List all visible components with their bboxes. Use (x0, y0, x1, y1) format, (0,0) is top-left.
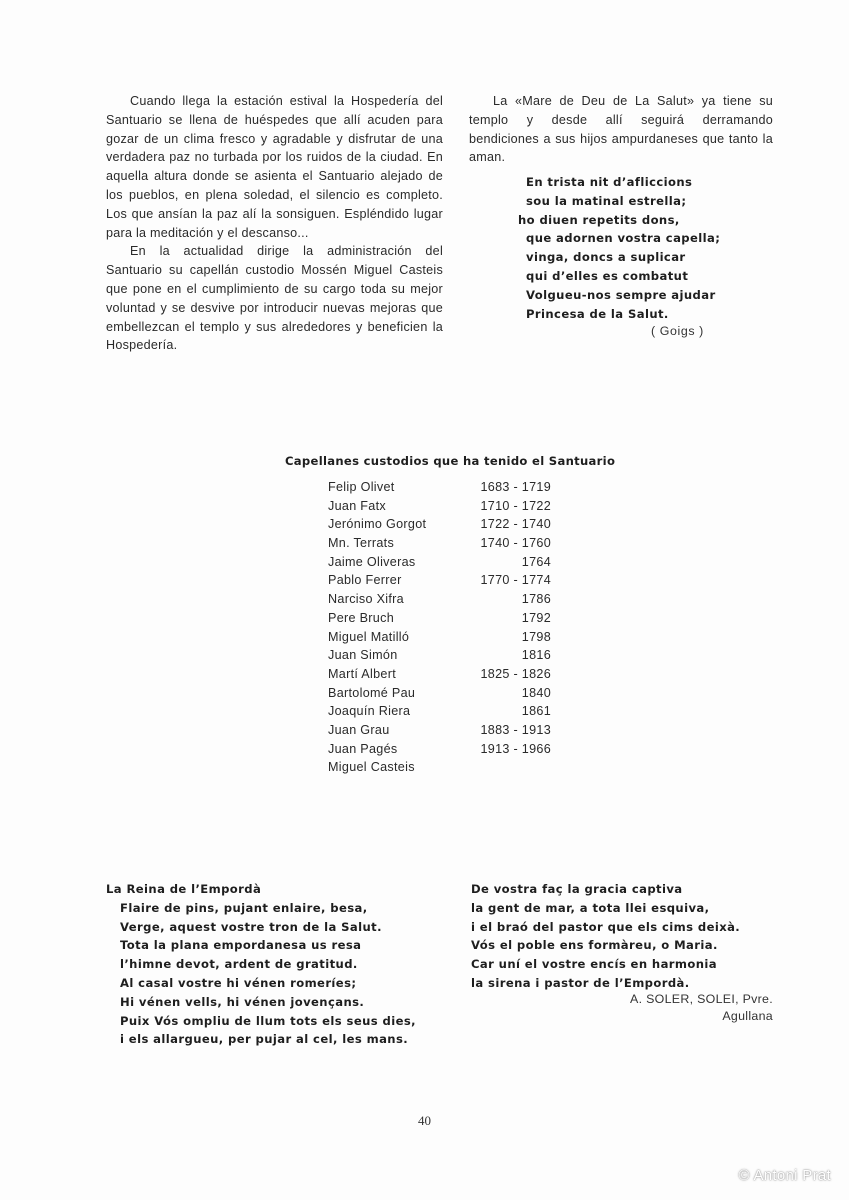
chaplain-name: Juan Grau (328, 721, 390, 740)
table-row: Bartolomé Pau1840 (328, 684, 551, 703)
poem-line: Verge, aquest vostre tron de la Salut. (106, 918, 416, 937)
poem-line: Al casal vostre hi vénen romeríes; (106, 974, 416, 993)
chaplains-table-title: Capellanes custodios que ha tenido el Sa… (285, 454, 615, 468)
chaplain-years: 1913 - 1966 (480, 740, 551, 759)
chaplain-years: 1816 (522, 646, 551, 665)
table-row: Juan Simón1816 (328, 646, 551, 665)
poem-line: Vós el poble ens formàreu, o Maria. (471, 936, 740, 955)
poem-line: la gent de mar, a tota llei esquiva, (471, 899, 740, 918)
bottom-poem-right: De vostra faç la gracia captivala gent d… (471, 880, 740, 993)
poem-title: La Reina de l’Empordà (106, 880, 416, 899)
poem-line: qui d’elles es combatut (518, 267, 720, 286)
chaplain-name: Juan Fatx (328, 497, 386, 516)
chaplain-name: Juan Simón (328, 646, 398, 665)
poem-line: Puix Vós ompliu de llum tots els seus di… (106, 1012, 416, 1031)
poem-line: i el braó del pastor que els cims deixà. (471, 918, 740, 937)
poem-attribution: ( Goigs ) (651, 324, 704, 338)
table-row: Felip Olivet1683 - 1719 (328, 478, 551, 497)
chaplain-name: Jerónimo Gorgot (328, 515, 426, 534)
poem-line: Flaire de pins, pujant enlaire, besa, (106, 899, 416, 918)
table-row: Miguel Casteis (328, 758, 551, 777)
chaplain-years: 1740 - 1760 (480, 534, 551, 553)
chaplain-years: 1770 - 1774 (480, 571, 551, 590)
chaplain-years: 1710 - 1722 (480, 497, 551, 516)
poem-line: sou la matinal estrella; (518, 192, 720, 211)
poem-line: En trista nit d’afliccions (518, 173, 720, 192)
chaplains-table: Felip Olivet1683 - 1719Juan Fatx1710 - 1… (328, 478, 551, 777)
paragraph: Cuando llega la estación estival la Hosp… (106, 92, 443, 242)
poem-line: ho diuen repetits dons, (518, 211, 720, 230)
poem-line: l’himne devot, ardent de gratitud. (106, 955, 416, 974)
chaplain-years: 1861 (522, 702, 551, 721)
table-row: Juan Grau1883 - 1913 (328, 721, 551, 740)
poem-line: que adornen vostra capella; (518, 229, 720, 248)
chaplain-name: Miguel Matilló (328, 628, 409, 647)
chaplain-years: 1786 (522, 590, 551, 609)
poem-line: vinga, doncs a suplicar (518, 248, 720, 267)
poem-line: Volgueu-nos sempre ajudar (518, 286, 720, 305)
chaplain-name: Jaime Oliveras (328, 553, 415, 572)
table-row: Narciso Xifra1786 (328, 590, 551, 609)
chaplain-years: 1764 (522, 553, 551, 572)
table-row: Juan Pagés1913 - 1966 (328, 740, 551, 759)
chaplain-years: 1683 - 1719 (480, 478, 551, 497)
table-row: Pablo Ferrer1770 - 1774 (328, 571, 551, 590)
signature: A. SOLER, SOLEI, Pvre. Agullana (630, 991, 773, 1025)
poem-line: Car uní el vostre encís en harmonia (471, 955, 740, 974)
table-row: Juan Fatx1710 - 1722 (328, 497, 551, 516)
chaplain-name: Juan Pagés (328, 740, 398, 759)
table-row: Joaquín Riera1861 (328, 702, 551, 721)
author-name: A. SOLER, SOLEI, Pvre. (630, 991, 773, 1008)
chaplain-name: Martí Albert (328, 665, 396, 684)
page-number: 40 (0, 1113, 849, 1129)
poem-line: i els allargueu, per pujar al cel, les m… (106, 1030, 416, 1049)
chaplain-years: 1792 (522, 609, 551, 628)
right-column-text: La «Mare de Deu de La Salut» ya tiene su… (469, 92, 773, 167)
chaplain-name: Miguel Casteis (328, 758, 415, 777)
watermark: © Antoni Prat (738, 1167, 831, 1184)
chaplain-years: 1840 (522, 684, 551, 703)
left-column-text: Cuando llega la estación estival la Hosp… (106, 92, 443, 355)
table-row: Jaime Oliveras1764 (328, 553, 551, 572)
chaplain-years: 1883 - 1913 (480, 721, 551, 740)
chaplain-name: Narciso Xifra (328, 590, 404, 609)
table-row: Mn. Terrats1740 - 1760 (328, 534, 551, 553)
poem-line: Hi vénen vells, hi vénen jovençans. (106, 993, 416, 1012)
poem-line: Tota la plana empordanesa us resa (106, 936, 416, 955)
chaplain-name: Pere Bruch (328, 609, 394, 628)
chaplain-years: 1798 (522, 628, 551, 647)
chaplain-years: 1825 - 1826 (480, 665, 551, 684)
poem-line: De vostra faç la gracia captiva (471, 880, 740, 899)
poem-line: la sirena i pastor de l’Empordà. (471, 974, 740, 993)
table-row: Miguel Matilló1798 (328, 628, 551, 647)
author-place: Agullana (630, 1008, 773, 1025)
chaplain-name: Pablo Ferrer (328, 571, 402, 590)
table-row: Pere Bruch1792 (328, 609, 551, 628)
chaplain-name: Mn. Terrats (328, 534, 394, 553)
paragraph: La «Mare de Deu de La Salut» ya tiene su… (469, 92, 773, 167)
chaplain-name: Bartolomé Pau (328, 684, 415, 703)
chaplain-years: 1722 - 1740 (480, 515, 551, 534)
table-row: Jerónimo Gorgot1722 - 1740 (328, 515, 551, 534)
table-row: Martí Albert1825 - 1826 (328, 665, 551, 684)
poem-line: Princesa de la Salut. (518, 305, 720, 324)
chaplain-name: Joaquín Riera (328, 702, 410, 721)
bottom-poem-left: La Reina de l’Empordà Flaire de pins, pu… (106, 880, 416, 1049)
goigs-poem: En trista nit d’afliccions sou la matina… (518, 173, 720, 323)
paragraph: En la actualidad dirige la administració… (106, 242, 443, 355)
chaplain-name: Felip Olivet (328, 478, 395, 497)
